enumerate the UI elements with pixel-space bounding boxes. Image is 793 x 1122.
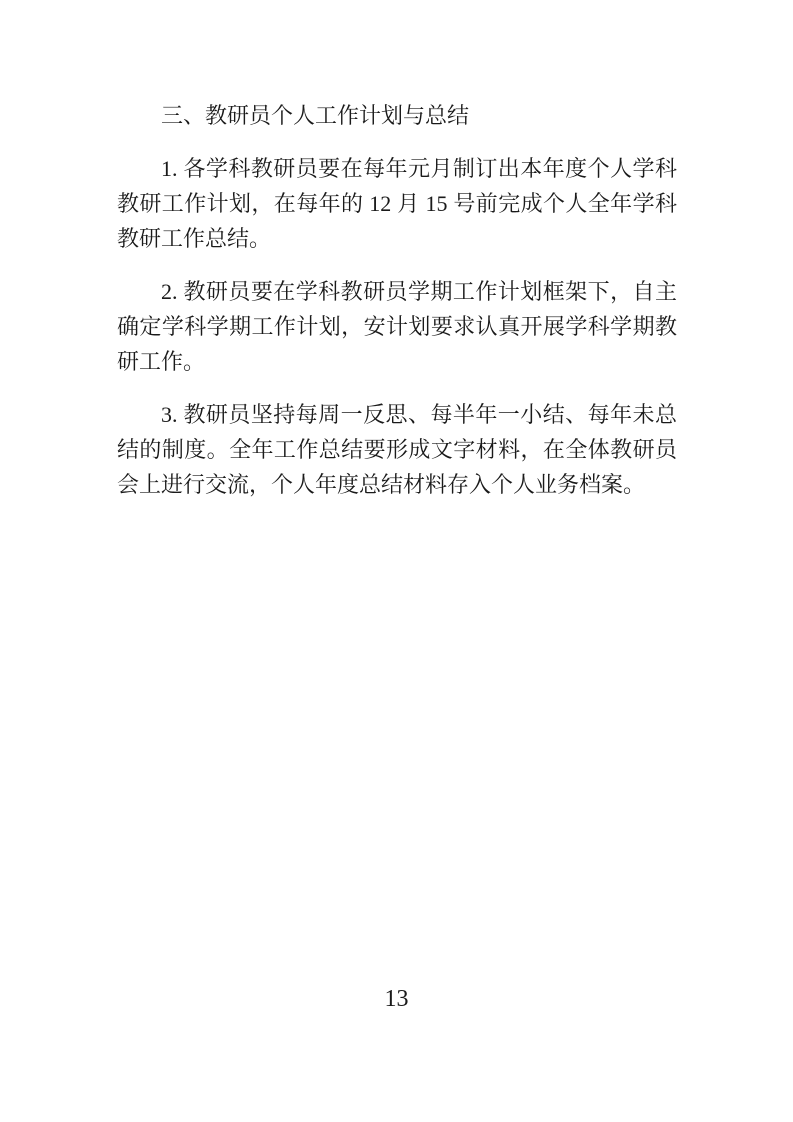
document-body: 三、教研员个人工作计划与总结 1. 各学科教研员要在每年元月制订出本年度个人学科… [117,98,677,502]
paragraph-1: 1. 各学科教研员要在每年元月制订出本年度个人学科教研工作计划，在每年的 12 … [117,151,677,256]
paragraph-2: 2. 教研员要在学科教研员学期工作计划框架下，自主确定学科学期工作计划，安计划要… [117,274,677,379]
section-heading: 三、教研员个人工作计划与总结 [117,98,677,133]
document-page: 三、教研员个人工作计划与总结 1. 各学科教研员要在每年元月制订出本年度个人学科… [0,0,793,1122]
paragraph-3: 3. 教研员坚持每周一反思、每半年一小结、每年未总结的制度。全年工作总结要形成文… [117,397,677,502]
page-number: 13 [0,984,793,1014]
